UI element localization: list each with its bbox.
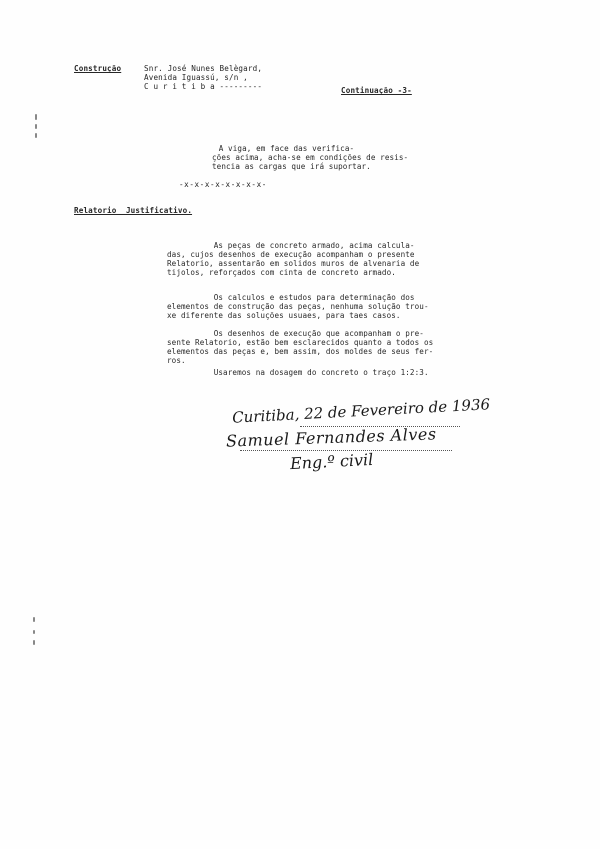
margin-mark [35, 114, 37, 120]
margin-mark [33, 640, 35, 645]
document-page: Construção Snr. José Nunes Belègard, Ave… [0, 0, 600, 849]
paragraph-4-line-1: Usaremos na dosagem do concreto o traço … [167, 368, 429, 377]
paragraph-1-line-4: tijolos, reforçados com cinta de concret… [167, 268, 396, 277]
intro-line-3: tencia as cargas que irá suportar. [212, 162, 371, 171]
paragraph-2-line-3: xe diferente das soluções usuaes, para t… [167, 311, 401, 320]
separator: -x-x-x-x-x-x-x-x- [179, 180, 267, 189]
margin-mark [33, 617, 35, 622]
paragraph-3-line-4: ros. [167, 356, 186, 365]
margin-mark [35, 124, 37, 129]
signature-place-date: Curitiba, 22 de Fevereiro de 1936 [232, 395, 491, 426]
paragraph-3-line-2: sente Relatorio, estão bem esclarecidos … [167, 338, 433, 347]
paragraph-1-line-1: As peças de concreto armado, acima calcu… [167, 241, 415, 250]
paragraph-3-line-1: Os desenhos de execução que acompanham o… [167, 329, 424, 338]
paragraph-2-line-1: Os calculos e estudos para determinação … [167, 293, 415, 302]
recipient-line-3: C u r i t i b a --------- [144, 82, 262, 91]
margin-mark [33, 630, 35, 634]
signature-name: Samuel Fernandes Alves [226, 424, 437, 450]
header-label: Construção [74, 64, 121, 73]
paragraph-1-line-2: das, cujos desenhos de execução acompanh… [167, 250, 415, 259]
margin-mark [35, 133, 37, 138]
recipient-line-2: Avenida Iguassú, s/n , [144, 73, 248, 82]
continuation-label: Continuação -3- [341, 86, 412, 95]
section-title: Relatorio Justificativo. [74, 206, 192, 215]
paragraph-2-line-2: elementos de construção das peças, nenhu… [167, 302, 429, 311]
signature-title: Eng.º civil [290, 450, 374, 473]
intro-line-1: A viga, em face das verifica- [172, 144, 354, 153]
intro-line-2: ções acima, acha-se em condições de resi… [212, 153, 408, 162]
paragraph-1-line-3: Relatorio, assentarão em solidos muros d… [167, 259, 419, 268]
recipient-line-1: Snr. José Nunes Belègard, [144, 64, 262, 73]
paragraph-3-line-3: elementos das peças e, bem assim, dos mo… [167, 347, 433, 356]
